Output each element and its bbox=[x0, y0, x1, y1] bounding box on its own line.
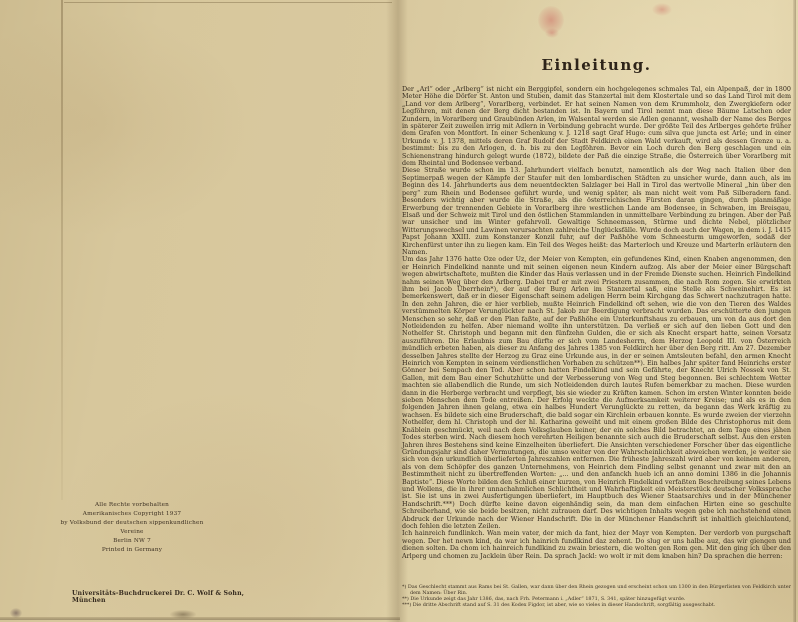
right-page-edge-shadow bbox=[793, 0, 796, 622]
publisher-line: by Volksbund der deutschen sippenkundlic… bbox=[52, 519, 212, 537]
imprint-block: Alle Rechte vorbehalten Amerikanisches C… bbox=[52, 501, 212, 554]
publisher-city-line: Berlin NW 7 bbox=[52, 537, 212, 546]
book-spread-scan: Alle Rechte vorbehalten Amerikanisches C… bbox=[0, 0, 798, 622]
paragraph-old-german-quote: Ich hainreich fundlinkch. Wan mein vater… bbox=[402, 530, 791, 560]
pink-stain bbox=[652, 3, 672, 16]
footnotes-block: *) Das Geschlecht stammt aus Rams bei St… bbox=[402, 584, 791, 608]
footnote-3: ***) Die dritte Abschrift stand auf S. 3… bbox=[402, 602, 791, 608]
bottom-page-edge-shadow bbox=[0, 617, 400, 620]
rights-reserved-line: Alle Rechte vorbehalten bbox=[52, 501, 212, 510]
copyright-line: Amerikanisches Copyright 1937 bbox=[52, 510, 212, 519]
top-page-edge-line bbox=[64, 2, 392, 3]
pink-stain bbox=[538, 6, 564, 34]
paragraph-road-history: Diese Straße wurde schon im 13. Jahrhund… bbox=[402, 167, 791, 256]
pink-stain bbox=[545, 28, 559, 38]
paragraph-arlberg-name: Der „Arl“ oder „Arlberg“ ist nicht ein B… bbox=[402, 86, 791, 167]
left-page-edge-line bbox=[61, 0, 63, 500]
printer-line: Universitäts-Buchdruckerei Dr. C. Wolf &… bbox=[72, 590, 262, 604]
introduction-text: Der „Arl“ oder „Arlberg“ ist nicht ein B… bbox=[402, 86, 791, 560]
page-title: Einleitung. bbox=[402, 56, 791, 74]
printed-in-germany-line: Printed in Germany bbox=[52, 546, 212, 555]
paragraph-findelkind-story: Um das Jahr 1376 hatte Oze oder Uz, der … bbox=[402, 256, 791, 530]
footnote-1: *) Das Geschlecht stammt aus Rams bei St… bbox=[402, 584, 791, 596]
